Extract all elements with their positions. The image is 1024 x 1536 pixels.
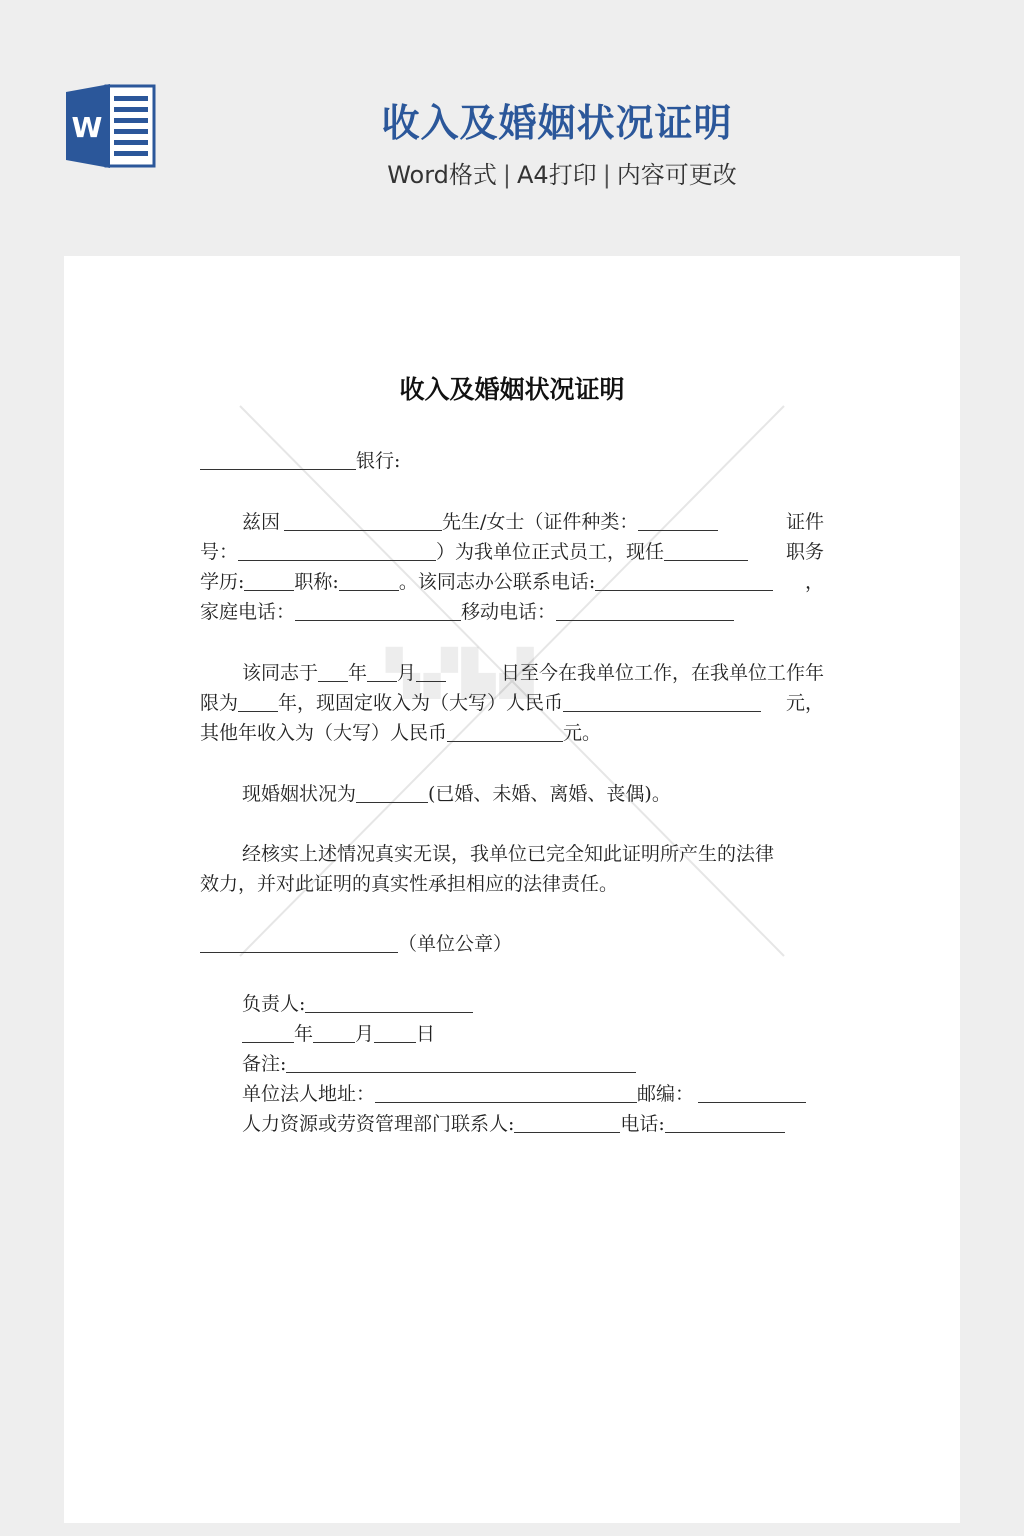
mobile-phone-blank[interactable] — [556, 600, 734, 621]
text: 人力资源或劳资管理部门联系人: — [242, 1113, 514, 1135]
year-blank[interactable] — [242, 1022, 294, 1043]
text: 现婚姻状况为 — [242, 783, 356, 805]
day-blank[interactable] — [374, 1022, 416, 1043]
document-page: ▚▞▙▟ 收入及婚姻状况证明 银行: 兹因先生/女士（证件种类：证件 号：）为我… — [64, 256, 960, 1523]
address-blank[interactable] — [375, 1082, 637, 1103]
document-title: 收入及婚姻状况证明 — [64, 370, 960, 406]
month-blank[interactable] — [313, 1022, 355, 1043]
hr-contact-line: 人力资源或劳资管理部门联系人:电话: — [242, 1109, 824, 1139]
text: ， — [805, 567, 824, 597]
years-blank[interactable] — [238, 691, 278, 712]
start-day-blank[interactable] — [416, 661, 446, 682]
text: 先生/女士（证件种类： — [442, 511, 638, 533]
para1-line1: 兹因先生/女士（证件种类：证件 — [242, 507, 824, 537]
seal-label: （单位公章） — [398, 933, 512, 955]
banner-title: 收入及婚姻状况证明 — [0, 92, 1024, 147]
bank-name-blank[interactable] — [200, 449, 356, 470]
home-phone-blank[interactable] — [295, 600, 461, 621]
text: 邮编： — [637, 1083, 694, 1105]
text: 日至今在我单位工作，在我单位工作年 — [501, 658, 824, 688]
text: 兹因 — [242, 511, 280, 533]
text: 年 — [294, 1023, 313, 1045]
postcode-blank[interactable] — [698, 1082, 806, 1103]
text: 电话: — [620, 1113, 664, 1135]
para4-line2: 效力，并对此证明的真实性承担相应的法律责任。 — [200, 869, 824, 899]
print-label: A4打印 — [517, 161, 597, 189]
text: 备注: — [242, 1053, 286, 1075]
text: 月 — [397, 662, 416, 684]
other-income-blank[interactable] — [447, 721, 563, 742]
text: 月 — [355, 1023, 374, 1045]
para2-line1: 该同志于年月日至今在我单位工作，在我单位工作年 — [242, 658, 824, 688]
bank-label: 银行: — [356, 450, 400, 472]
separator: | — [603, 161, 611, 189]
education-blank[interactable] — [244, 570, 294, 591]
text: 负责人: — [242, 993, 305, 1015]
marital-status-blank[interactable] — [356, 782, 428, 803]
text: 限为 — [200, 692, 238, 714]
text: (已婚、未婚、离婚、丧偶)。 — [428, 783, 671, 805]
address-line: 单位法人地址：邮编： — [242, 1079, 824, 1109]
text: 号： — [200, 541, 238, 563]
start-month-blank[interactable] — [367, 661, 397, 682]
text: 日 — [416, 1023, 435, 1045]
text: 职务 — [786, 537, 824, 567]
para1-line4: 家庭电话：移动电话： — [200, 597, 824, 627]
text: 其他年收入为（大写）人民币 — [200, 722, 447, 744]
para4-line1: 经核实上述情况真实无误，我单位已完全知此证明所产生的法律 — [242, 839, 824, 869]
text: ）为我单位正式员工，现任 — [436, 541, 664, 563]
text: 。该同志办公联系电话: — [399, 571, 595, 593]
seal-blank[interactable] — [200, 932, 398, 953]
para2-line2: 限为年，现固定收入为（大写）人民币元， — [200, 688, 824, 718]
text: 年，现固定收入为（大写）人民币 — [278, 692, 563, 714]
text: 年 — [348, 662, 367, 684]
format-label: Word格式 — [387, 161, 497, 189]
start-year-blank[interactable] — [318, 661, 348, 682]
para1-line3: 学历:职称:。该同志办公联系电话:， — [200, 567, 824, 597]
title-blank[interactable] — [339, 570, 399, 591]
text: 移动电话： — [461, 601, 556, 623]
text: 元， — [786, 688, 824, 718]
marital-status-line: 现婚姻状况为(已婚、未婚、离婚、丧偶)。 — [242, 779, 866, 809]
date-line: 年月日 — [242, 1019, 866, 1049]
seal-line: （单位公章） — [200, 929, 824, 959]
hr-phone-blank[interactable] — [665, 1112, 785, 1133]
hr-contact-blank[interactable] — [514, 1112, 620, 1133]
remarks-blank[interactable] — [286, 1052, 636, 1073]
responsible-line: 负责人: — [242, 989, 866, 1019]
text: 职称: — [294, 571, 338, 593]
text: 家庭电话： — [200, 601, 295, 623]
para1-line2: 号：）为我单位正式员工，现任职务 — [200, 537, 824, 567]
text: 证件 — [786, 507, 824, 537]
separator: | — [503, 161, 511, 189]
office-phone-blank[interactable] — [595, 570, 773, 591]
text: 元。 — [563, 722, 601, 744]
text: 单位法人地址： — [242, 1083, 375, 1105]
id-type-blank[interactable] — [638, 510, 718, 531]
fixed-income-blank[interactable] — [563, 691, 761, 712]
remarks-line: 备注: — [242, 1049, 866, 1079]
para2-line3: 其他年收入为（大写）人民币元。 — [200, 718, 824, 748]
text: 学历: — [200, 571, 244, 593]
name-blank[interactable] — [284, 510, 442, 531]
banner-subtitle: Word格式|A4打印|内容可更改 — [0, 155, 1024, 190]
id-number-blank[interactable] — [238, 540, 436, 561]
editable-label: 内容可更改 — [617, 161, 737, 189]
text: 该同志于 — [242, 662, 318, 684]
position-blank[interactable] — [664, 540, 748, 561]
responsible-blank[interactable] — [305, 992, 473, 1013]
bank-line: 银行: — [200, 446, 824, 476]
